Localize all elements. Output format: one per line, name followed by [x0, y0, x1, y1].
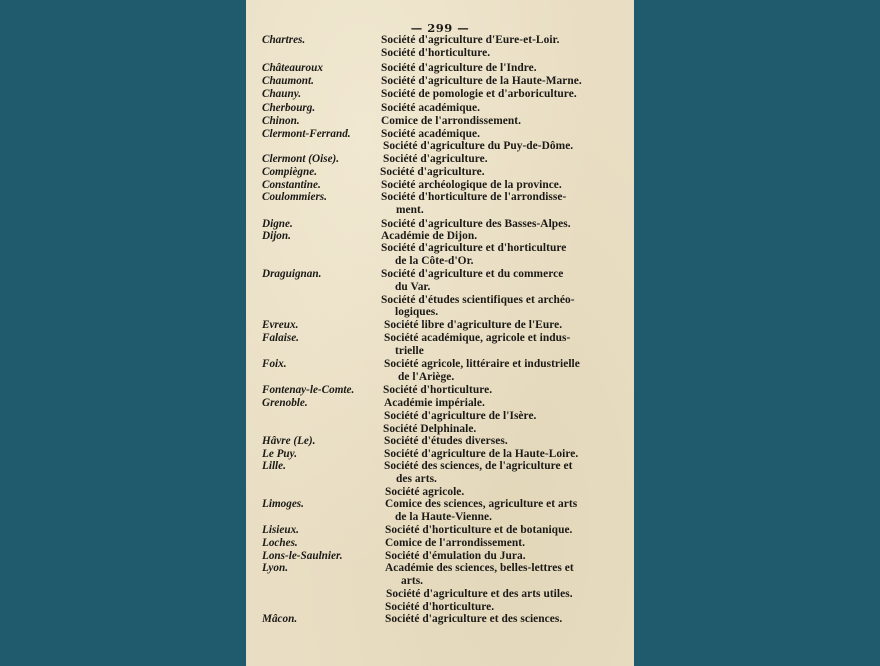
society-name: Société d'horticulture de l'arrondisse-: [381, 191, 566, 204]
city-name: Falaise.: [262, 332, 299, 345]
page-number: — 299 —: [246, 21, 634, 35]
society-name: Société d'agriculture de la Haute-Marne.: [381, 75, 582, 88]
society-name: des arts.: [396, 473, 437, 486]
city-name: Compiègne.: [262, 166, 317, 179]
society-name: Société d'agriculture.: [380, 166, 485, 179]
society-name: Société agricole, littéraire et industri…: [384, 358, 580, 371]
list-item: Compiègne.Société d'agriculture.: [246, 166, 634, 179]
city-name: Grenoble.: [262, 397, 308, 410]
society-name: Société d'horticulture et de botanique.: [385, 524, 572, 537]
society-name: Société d'études diverses.: [384, 435, 508, 448]
list-item: Coulommiers.Société d'horticulture de l'…: [246, 191, 634, 204]
list-item: Société d'horticulture.: [246, 47, 634, 60]
society-name: Société des sciences, de l'agriculture e…: [384, 460, 572, 473]
list-item: Falaise.Société académique, agricole et …: [246, 332, 634, 345]
city-name: Lyon.: [262, 562, 288, 575]
city-name: Lille.: [262, 460, 286, 473]
society-name: Société d'agriculture et d'horticulture: [381, 242, 566, 255]
book-page: — 299 — Chartres.Société d'agriculture d…: [246, 0, 634, 666]
city-name: Châteauroux: [262, 62, 323, 75]
list-item: ment.: [246, 204, 634, 217]
society-name: Société d'agriculture de l'Isère.: [384, 410, 536, 423]
list-item: Chartres.Société d'agriculture d'Eure-et…: [246, 34, 634, 47]
city-name: Chauny.: [262, 88, 301, 101]
society-name: Comice de l'arrondissement.: [385, 537, 525, 550]
society-name: Société académique, agricole et indus-: [384, 332, 570, 345]
city-name: Clermont (Oise).: [262, 153, 339, 166]
list-item: Foix.Société agricole, littéraire et ind…: [246, 358, 634, 371]
list-item: Société d'agriculture et d'horticulture: [246, 242, 634, 255]
city-name: Draguignan.: [262, 268, 321, 281]
city-name: Cherbourg.: [262, 102, 315, 115]
society-name: Académie impériale.: [384, 397, 485, 410]
list-item: Mâcon.Société d'agriculture et des scien…: [246, 613, 634, 626]
society-name: Société d'agriculture du Puy-de-Dôme.: [383, 140, 573, 153]
list-item: des arts.: [246, 473, 634, 486]
list-item: Chaumont.Société d'agriculture de la Hau…: [246, 75, 634, 88]
society-name: Société d'agriculture et du commerce: [381, 268, 563, 281]
list-item: Lisieux.Société d'horticulture et de bot…: [246, 524, 634, 537]
society-name: trielle: [395, 345, 424, 358]
society-name: de l'Ariège.: [398, 371, 454, 384]
city-name: Lisieux.: [262, 524, 299, 537]
society-name: Société d'agriculture et des arts utiles…: [386, 588, 573, 601]
city-name: Fontenay-le-Comte.: [262, 384, 354, 397]
list-item: Evreux.Société libre d'agriculture de l'…: [246, 319, 634, 332]
city-name: Loches.: [262, 537, 298, 550]
list-item: de l'Ariège.: [246, 371, 634, 384]
society-name: arts.: [401, 575, 423, 588]
list-item: de la Haute-Vienne.: [246, 511, 634, 524]
society-name: Comice de l'arrondissement.: [381, 115, 521, 128]
list-item: du Var.: [246, 281, 634, 294]
society-name: du Var.: [395, 281, 430, 294]
city-name: Foix.: [262, 358, 287, 371]
list-item: Limoges.Comice des sciences, agriculture…: [246, 498, 634, 511]
list-item: Chinon.Comice de l'arrondissement.: [246, 115, 634, 128]
list-item: logiques.: [246, 306, 634, 319]
society-name: Société d'horticulture.: [381, 47, 490, 60]
list-item: Fontenay-le-Comte.Société d'horticulture…: [246, 384, 634, 397]
city-name: Chaumont.: [262, 75, 314, 88]
list-item: Lille.Société des sciences, de l'agricul…: [246, 460, 634, 473]
society-name: Société d'agriculture et des sciences.: [385, 613, 562, 626]
list-item: Cherbourg.Société académique.: [246, 102, 634, 115]
city-name: Limoges.: [262, 498, 304, 511]
society-name: Société de pomologie et d'arboriculture.: [381, 88, 577, 101]
society-name: Comice des sciences, agriculture et arts: [385, 498, 577, 511]
city-name: Chartres.: [262, 34, 305, 47]
society-name: Société académique.: [381, 102, 480, 115]
society-name: logiques.: [395, 306, 438, 319]
society-name: Société d'agriculture de l'Indre.: [381, 62, 537, 75]
city-name: Coulommiers.: [262, 191, 327, 204]
list-item: Société d'agriculture et des arts utiles…: [246, 588, 634, 601]
list-item: de la Côte-d'Or.: [246, 255, 634, 268]
society-name: Société d'horticulture.: [383, 384, 492, 397]
list-item: Hâvre (Le).Société d'études diverses.: [246, 435, 634, 448]
city-name: Mâcon.: [262, 613, 297, 626]
list-item: Draguignan.Société d'agriculture et du c…: [246, 268, 634, 281]
society-name: Société libre d'agriculture de l'Eure.: [384, 319, 562, 332]
list-item: Lyon.Académie des sciences, belles-lettr…: [246, 562, 634, 575]
list-item: Clermont (Oise).Société d'agriculture.: [246, 153, 634, 166]
society-name: Académie des sciences, belles-lettres et: [385, 562, 574, 575]
list-item: ChâteaurouxSociété d'agriculture de l'In…: [246, 62, 634, 75]
list-item: arts.: [246, 575, 634, 588]
list-item: Grenoble.Académie impériale.: [246, 397, 634, 410]
society-name: ment.: [396, 204, 424, 217]
society-name: Société d'agriculture d'Eure-et-Loir.: [381, 34, 560, 47]
society-name: Société d'agriculture.: [383, 153, 488, 166]
city-name: Chinon.: [262, 115, 300, 128]
society-name: de la Haute-Vienne.: [395, 511, 492, 524]
city-name: Evreux.: [262, 319, 298, 332]
society-name: de la Côte-d'Or.: [395, 255, 474, 268]
list-item: Chauny.Société de pomologie et d'arboric…: [246, 88, 634, 101]
list-item: trielle: [246, 345, 634, 358]
list-item: Société d'agriculture du Puy-de-Dôme.: [246, 140, 634, 153]
city-name: Hâvre (Le).: [262, 435, 315, 448]
list-item: Loches.Comice de l'arrondissement.: [246, 537, 634, 550]
list-item: Société d'agriculture de l'Isère.: [246, 410, 634, 423]
